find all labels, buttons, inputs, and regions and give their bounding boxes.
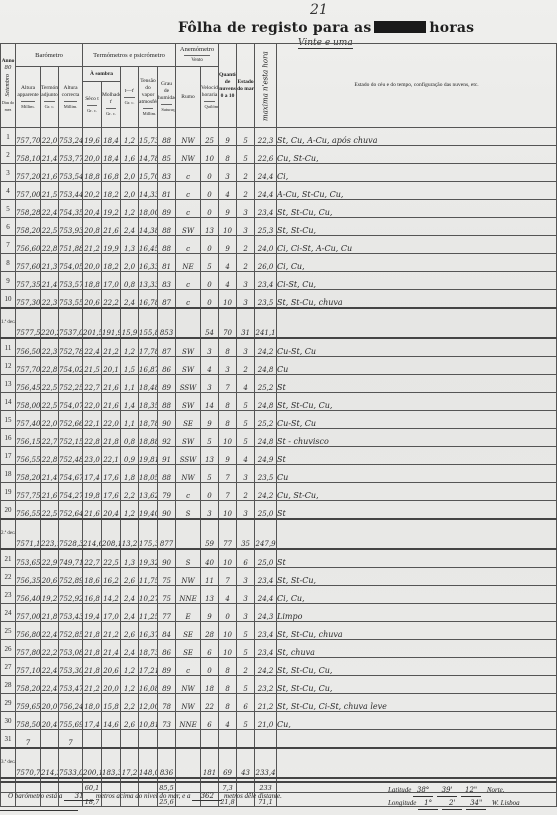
value-cell: 758,50 — [16, 712, 41, 730]
value-cell: 15,8 — [102, 694, 121, 712]
table-row: 16756,1522,7752,1522,821,80,818,8892SW51… — [1, 429, 557, 447]
footer-divider — [0, 781, 557, 783]
sky-state-cell: Limpo — [277, 604, 557, 622]
value-cell: 12,00 — [139, 694, 158, 712]
col-label: Molhado t' — [102, 92, 121, 105]
value-cell: 24,8 — [255, 429, 277, 447]
value-cell: 756,55 — [16, 447, 41, 465]
value-cell: 40 — [201, 549, 219, 568]
value-cell: 758,28 — [16, 200, 41, 218]
day-cell: 6 — [1, 218, 16, 236]
table-row: 14758,0022,5754,0722,021,61,418,3588SW14… — [1, 393, 557, 411]
value-cell: 22,0 — [102, 411, 121, 429]
latitude-deg: 38° — [413, 784, 433, 797]
value-cell: 2,4 — [121, 218, 139, 236]
value-cell: 22,6 — [255, 146, 277, 164]
value-cell: 21,6 — [102, 393, 121, 411]
value-cell: SW — [176, 218, 201, 236]
value-cell: 753,43 — [59, 604, 83, 622]
baro-height: 31 — [64, 792, 94, 801]
value-cell: 22,4 — [83, 338, 102, 357]
value-cell: 7537,0 — [59, 308, 83, 338]
value-cell: 16,78 — [139, 290, 158, 309]
value-cell: 75 — [158, 568, 176, 586]
value-cell: c — [176, 272, 201, 290]
value-cell: 0 — [201, 164, 219, 182]
sky-state-cell — [277, 308, 557, 338]
value-cell: 21,6 — [41, 483, 59, 501]
value-cell: 90 — [158, 501, 176, 520]
value-cell: 756,55 — [16, 501, 41, 520]
value-cell: 18,35 — [139, 393, 158, 411]
value-cell: 18,2 — [102, 182, 121, 200]
value-cell: 24,8 — [255, 393, 277, 411]
value-cell: 2,4 — [121, 290, 139, 309]
value-cell: 758,00 — [16, 393, 41, 411]
baro-suffix: metros dêle distante. — [224, 792, 282, 800]
ceu-header: Estado do céu e do tempo, configuração d… — [277, 44, 557, 128]
value-cell: 26,0 — [255, 254, 277, 272]
value-cell: 18,78 — [139, 411, 158, 429]
value-cell: 3 — [237, 290, 255, 309]
value-cell: 8 — [219, 338, 237, 357]
value-cell: 23,5 — [255, 290, 277, 309]
value-cell: 3 — [219, 357, 237, 375]
value-cell: 35 — [237, 519, 255, 549]
value-cell: 4 — [237, 447, 255, 465]
value-cell: 2,2 — [121, 483, 139, 501]
value-cell: 7 — [219, 483, 237, 501]
value-cell: 10,27 — [139, 586, 158, 604]
value-cell: 24,8 — [255, 357, 277, 375]
value-cell: 5 — [201, 254, 219, 272]
value-cell: 6 — [237, 549, 255, 568]
altura-correcta-header: Altura correctaMillim. — [59, 67, 83, 128]
value-cell: 22,8 — [41, 357, 59, 375]
value-cell: SSW — [176, 447, 201, 465]
col-label: t—t' — [125, 88, 135, 94]
value-cell: 21,8 — [83, 640, 102, 658]
value-cell: SE — [176, 622, 201, 640]
value-cell: 752,48 — [59, 447, 83, 465]
value-cell: 0 — [201, 290, 219, 309]
value-cell: 18,88 — [139, 429, 158, 447]
value-cell: 16,45 — [139, 236, 158, 254]
value-cell: 183,3 — [102, 748, 121, 778]
value-cell: 22,2 — [102, 290, 121, 309]
value-cell: 11,25 — [139, 604, 158, 622]
value-cell: 0 — [219, 604, 237, 622]
value-cell: NW — [176, 128, 201, 146]
value-cell: 22,7 — [83, 549, 102, 568]
table-row: 6758,2022,5753,9320,821,62,414,3888SW131… — [1, 218, 557, 236]
table-row: 29759,6520,0756,2418,015,82,212,0078NW22… — [1, 694, 557, 712]
table-row: 30758,5020,4755,6917,414,62,610,8173NNE6… — [1, 712, 557, 730]
value-cell: 754,02 — [59, 357, 83, 375]
value-cell: 22,8 — [41, 236, 59, 254]
value-cell: c — [176, 200, 201, 218]
value-cell: 8 — [219, 694, 237, 712]
value-cell: 3 — [237, 218, 255, 236]
value-cell: S — [176, 501, 201, 520]
col-unit: Gr. c. — [106, 108, 117, 117]
value-cell: 247,9 — [255, 519, 277, 549]
day-cell: 3 — [1, 164, 16, 182]
day-cell: 14 — [1, 393, 16, 411]
value-cell: 88 — [158, 218, 176, 236]
value-cell: 6 — [201, 640, 219, 658]
value-cell: 88 — [158, 465, 176, 483]
sky-state-cell: Cu, St-Cu, — [277, 146, 557, 164]
value-cell: 754,07 — [59, 393, 83, 411]
value-cell: 22,5 — [41, 501, 59, 520]
value-cell: 83 — [158, 272, 176, 290]
value-cell: 220,2 — [41, 308, 59, 338]
day-cell: 10 — [1, 290, 16, 309]
t-diff-header: t—t'Gr. c. — [121, 67, 139, 128]
value-cell: 21,8 — [102, 429, 121, 447]
value-cell: 22,4 — [41, 676, 59, 694]
value-cell: 223,1 — [41, 519, 59, 549]
col-label: Velocidade horaria — [201, 85, 219, 98]
sky-state-cell: St, St-Cu, Ci-St, chuva leve — [277, 694, 557, 712]
day-cell: 30 — [1, 712, 16, 730]
value-cell: 17,4 — [83, 465, 102, 483]
value-cell: 757,60 — [16, 254, 41, 272]
value-cell: 759,65 — [16, 694, 41, 712]
value-cell: 25,2 — [255, 375, 277, 393]
value-cell: 17,6 — [102, 465, 121, 483]
sky-state-cell: A-Cu, St-Cu, Cu, — [277, 182, 557, 200]
value-cell: c — [176, 236, 201, 254]
value-cell: 18,0 — [83, 694, 102, 712]
value-cell: 18,73 — [139, 640, 158, 658]
sky-state-cell: St — [277, 501, 557, 520]
value-cell: 18,6 — [83, 568, 102, 586]
value-cell: 10 — [201, 146, 219, 164]
value-cell: 4 — [219, 272, 237, 290]
sky-state-cell: Cu — [277, 465, 557, 483]
value-cell: 7528,38 — [59, 519, 83, 549]
value-cell: 0 — [201, 200, 219, 218]
value-cell: 22,7 — [41, 429, 59, 447]
value-cell: 3 — [237, 586, 255, 604]
nuvens-header: Quantidade de nuvens 0 a 10 — [219, 44, 237, 128]
value-cell: SW — [176, 393, 201, 411]
value-cell: 19,6 — [83, 128, 102, 146]
value-cell: 18,8 — [83, 164, 102, 182]
value-cell: 21,2 — [102, 338, 121, 357]
value-cell: 22,5 — [41, 218, 59, 236]
value-cell: 84 — [158, 622, 176, 640]
value-cell: 17,0 — [102, 604, 121, 622]
value-cell: 0,9 — [121, 447, 139, 465]
latitude-line: Latitude 38°39'12" Norte. — [388, 784, 520, 797]
value-cell: 87 — [158, 338, 176, 357]
value-cell: 5 — [201, 429, 219, 447]
latitude-min: 39' — [437, 784, 457, 797]
value-cell: 15,9 — [121, 308, 139, 338]
value-cell: 2 — [237, 357, 255, 375]
value-cell: 16,2 — [102, 568, 121, 586]
value-cell: 5 — [237, 146, 255, 164]
day-cell: 11 — [1, 338, 16, 357]
table-row: 13756,4522,5752,2522,721,61,118,4889SSW3… — [1, 375, 557, 393]
latitude-suffix: Norte. — [487, 786, 505, 794]
value-cell: NNE — [176, 712, 201, 730]
value-cell: NE — [176, 254, 201, 272]
longitude-label: Longitude — [388, 799, 416, 807]
value-cell: 87 — [158, 290, 176, 309]
value-cell: 752,89 — [59, 568, 83, 586]
value-cell: 20,0 — [83, 146, 102, 164]
value-cell: 753,54 — [59, 164, 83, 182]
value-cell: 54 — [201, 308, 219, 338]
sky-state-cell: St, St-Cu, Cu, — [277, 676, 557, 694]
table-row: 26757,8022,2753,0821,821,42,418,7386SE61… — [1, 640, 557, 658]
value-cell: 88 — [158, 393, 176, 411]
value-cell: 24,4 — [255, 182, 277, 200]
value-cell: 23,4 — [255, 622, 277, 640]
value-cell: c — [176, 658, 201, 676]
day-cell: 31 — [1, 730, 16, 749]
value-cell: 8 — [219, 676, 237, 694]
mar-header: Estado do mar — [237, 44, 255, 128]
value-cell: 70 — [219, 308, 237, 338]
value-cell: 2 — [237, 658, 255, 676]
value-cell: SW — [176, 429, 201, 447]
value-cell: SW — [176, 338, 201, 357]
value-cell: 757,00 — [16, 182, 41, 200]
value-cell: 757,30 — [16, 290, 41, 309]
sky-state-cell: St — [277, 447, 557, 465]
col-unit: Saturação=100 — [161, 104, 171, 113]
table-row: 2758,1021,4753,7720,018,41,614,7885NW108… — [1, 146, 557, 164]
value-cell: 214,3 — [41, 748, 59, 778]
value-cell: 756,80 — [16, 622, 41, 640]
value-cell: 21,2 — [83, 676, 102, 694]
value-cell: 757,00 — [16, 604, 41, 622]
value-cell: 2 — [237, 483, 255, 501]
value-cell: 10 — [219, 501, 237, 520]
year-label: Anno — [1, 58, 15, 65]
value-cell: 0 — [201, 182, 219, 200]
value-cell: 2,4 — [121, 586, 139, 604]
value-cell: 753,24 — [59, 128, 83, 146]
value-cell: 20,4 — [83, 200, 102, 218]
col-unit: Millim. — [21, 101, 35, 110]
value-cell: 2,0 — [121, 182, 139, 200]
value-cell: 22,1 — [83, 411, 102, 429]
value-cell: 2,0 — [121, 164, 139, 182]
sky-state-cell: St — [277, 549, 557, 568]
value-cell: 4 — [219, 254, 237, 272]
value-cell — [102, 730, 121, 749]
value-cell: 10 — [219, 640, 237, 658]
value-cell: 181 — [201, 748, 219, 778]
register-table: Anno 80 Setembro Dias do mez Barómetro T… — [0, 43, 557, 807]
value-cell — [201, 730, 219, 749]
table-row: 21753,6522,9749,7122,722,51,319,3290S401… — [1, 549, 557, 568]
value-cell: 43 — [237, 748, 255, 778]
sky-state-cell: Cu, St-Cu, — [277, 483, 557, 501]
value-cell: 753,47 — [59, 676, 83, 694]
day-cell: 27 — [1, 658, 16, 676]
value-cell: 3 — [219, 164, 237, 182]
col-label: Altura correcta — [62, 85, 80, 98]
value-cell: 23,0 — [83, 447, 102, 465]
decade-summary-row: 3.ª decada7570,75214,37533,0200,1183,317… — [1, 748, 557, 778]
day-cell: 28 — [1, 676, 16, 694]
sky-state-cell: Cu — [277, 357, 557, 375]
value-cell: 201,5 — [83, 308, 102, 338]
value-cell: 751,88 — [59, 236, 83, 254]
value-cell: 7533,0 — [59, 748, 83, 778]
col-unit: Gr. c. — [44, 101, 54, 110]
value-cell: 22,7 — [83, 375, 102, 393]
table-row: 3757,2021,6753,5418,816,82,015,7083c0322… — [1, 164, 557, 182]
value-cell: 13 — [201, 447, 219, 465]
value-cell: 752,15 — [59, 429, 83, 447]
day-cell: 23 — [1, 586, 16, 604]
value-cell: 21,0 — [255, 712, 277, 730]
table-row: 15757,4022,0752,6622,122,01,118,7890SE98… — [1, 411, 557, 429]
value-cell: 24,2 — [255, 483, 277, 501]
value-cell: 756,35 — [16, 568, 41, 586]
day-cell: 8 — [1, 254, 16, 272]
value-cell: 2,6 — [121, 712, 139, 730]
value-cell: 21,6 — [102, 375, 121, 393]
value-cell: 754,35 — [59, 200, 83, 218]
value-cell: 5 — [237, 676, 255, 694]
value-cell: 89 — [158, 658, 176, 676]
longitude-suffix: W. Lisboa — [492, 799, 520, 807]
day-cell: 25 — [1, 622, 16, 640]
day-cell: 18 — [1, 465, 16, 483]
value-cell: NW — [176, 676, 201, 694]
value-cell: 21,2 — [255, 694, 277, 712]
value-cell: 6 — [201, 712, 219, 730]
value-cell: 19,2 — [41, 586, 59, 604]
table-row: 18758,2021,4754,6717,417,61,818,0588NW57… — [1, 465, 557, 483]
value-cell: 10,81 — [139, 712, 158, 730]
value-cell: 18,8 — [83, 272, 102, 290]
value-cell: 22,5 — [41, 375, 59, 393]
col-unit: Gr. c. — [124, 97, 134, 106]
value-cell: 753,55 — [59, 290, 83, 309]
day-cell: 21 — [1, 549, 16, 568]
value-cell: 19,32 — [139, 549, 158, 568]
value-cell: 3 — [237, 200, 255, 218]
value-cell: 8 — [219, 393, 237, 411]
value-cell: 18,00 — [139, 200, 158, 218]
value-cell — [176, 748, 201, 778]
termometro-adjunto-header: Termómetro adjuntoGr. c. — [41, 67, 59, 128]
sky-state-cell: St - chuvisco — [277, 429, 557, 447]
value-cell: 81 — [158, 254, 176, 272]
value-cell: 753,44 — [59, 182, 83, 200]
value-cell: 241,1 — [255, 308, 277, 338]
value-cell: 18 — [201, 676, 219, 694]
value-cell: 757,75 — [16, 483, 41, 501]
value-cell: 17,2 — [121, 748, 139, 778]
value-cell: 7577,50 — [16, 308, 41, 338]
value-cell — [41, 730, 59, 749]
value-cell: 755,69 — [59, 712, 83, 730]
value-cell: 1,2 — [121, 501, 139, 520]
value-cell: 18,4 — [102, 146, 121, 164]
footer-stamp-line — [0, 810, 78, 815]
day-cell: 17 — [1, 447, 16, 465]
value-cell: 10 — [219, 218, 237, 236]
anemometro-label: Anemómetro — [180, 46, 214, 53]
value-cell: 3 — [201, 501, 219, 520]
value-cell: 14,6 — [102, 712, 121, 730]
sky-state-cell: Ci, — [277, 164, 557, 182]
value-cell: 757,70 — [16, 128, 41, 146]
tensao-vapor-header: Tensão do vapor atmosféricoMillim. — [139, 67, 158, 128]
value-cell: 13,2 — [121, 519, 139, 549]
value-cell: 20,6 — [41, 568, 59, 586]
sky-state-cell: St, St-Cu, Cu, — [277, 200, 557, 218]
value-cell — [121, 730, 139, 749]
value-cell: 13 — [201, 218, 219, 236]
value-cell: 22,0 — [41, 128, 59, 146]
value-cell: 13,62 — [139, 483, 158, 501]
value-cell: 7 — [219, 375, 237, 393]
value-cell: 756,50 — [16, 338, 41, 357]
value-cell: 75 — [158, 586, 176, 604]
velocidade-header: Velocidade horariaQuilóm. — [201, 67, 219, 128]
value-cell: 18,05 — [139, 465, 158, 483]
value-cell: 757,35 — [16, 272, 41, 290]
value-cell: 148,08 — [139, 748, 158, 778]
value-cell: 69 — [219, 748, 237, 778]
value-cell: 0,8 — [121, 429, 139, 447]
value-cell: 3 — [237, 501, 255, 520]
value-cell: 2,4 — [121, 640, 139, 658]
day-cell: 13 — [1, 375, 16, 393]
value-cell: 24,2 — [255, 338, 277, 357]
value-cell: 16,08 — [139, 676, 158, 694]
value-cell: 9 — [219, 236, 237, 254]
value-cell: 19,8 — [83, 483, 102, 501]
table-row: 24757,0021,8753,4319,417,02,411,2577E903… — [1, 604, 557, 622]
value-cell: 5 — [237, 640, 255, 658]
value-cell: 16,33 — [139, 254, 158, 272]
value-cell: 21,6 — [41, 164, 59, 182]
value-cell: 9 — [219, 128, 237, 146]
value-cell: 10 — [219, 622, 237, 640]
value-cell: 753,77 — [59, 146, 83, 164]
page-number: 21 — [310, 2, 328, 18]
value-cell: 22,4 — [41, 658, 59, 676]
value-cell: 5 — [201, 465, 219, 483]
table-row: 25756,8022,4752,8521,821,22,616,3784SE28… — [1, 622, 557, 640]
value-cell: 17,4 — [83, 712, 102, 730]
value-cell: 5 — [237, 411, 255, 429]
value-cell: 21,4 — [102, 640, 121, 658]
value-cell: NNE — [176, 586, 201, 604]
value-cell: 155,8 — [139, 308, 158, 338]
value-cell: 85 — [158, 146, 176, 164]
value-cell: 23,4 — [255, 200, 277, 218]
value-cell: 22,5 — [41, 393, 59, 411]
value-cell: 5 — [237, 128, 255, 146]
value-cell: 20,6 — [83, 290, 102, 309]
register-sheet: 21 Fôlha de registo para ashoras Vinte e… — [0, 0, 557, 815]
table-row: 11756,5022,3752,7822,421,21,217,7887SW38… — [1, 338, 557, 357]
